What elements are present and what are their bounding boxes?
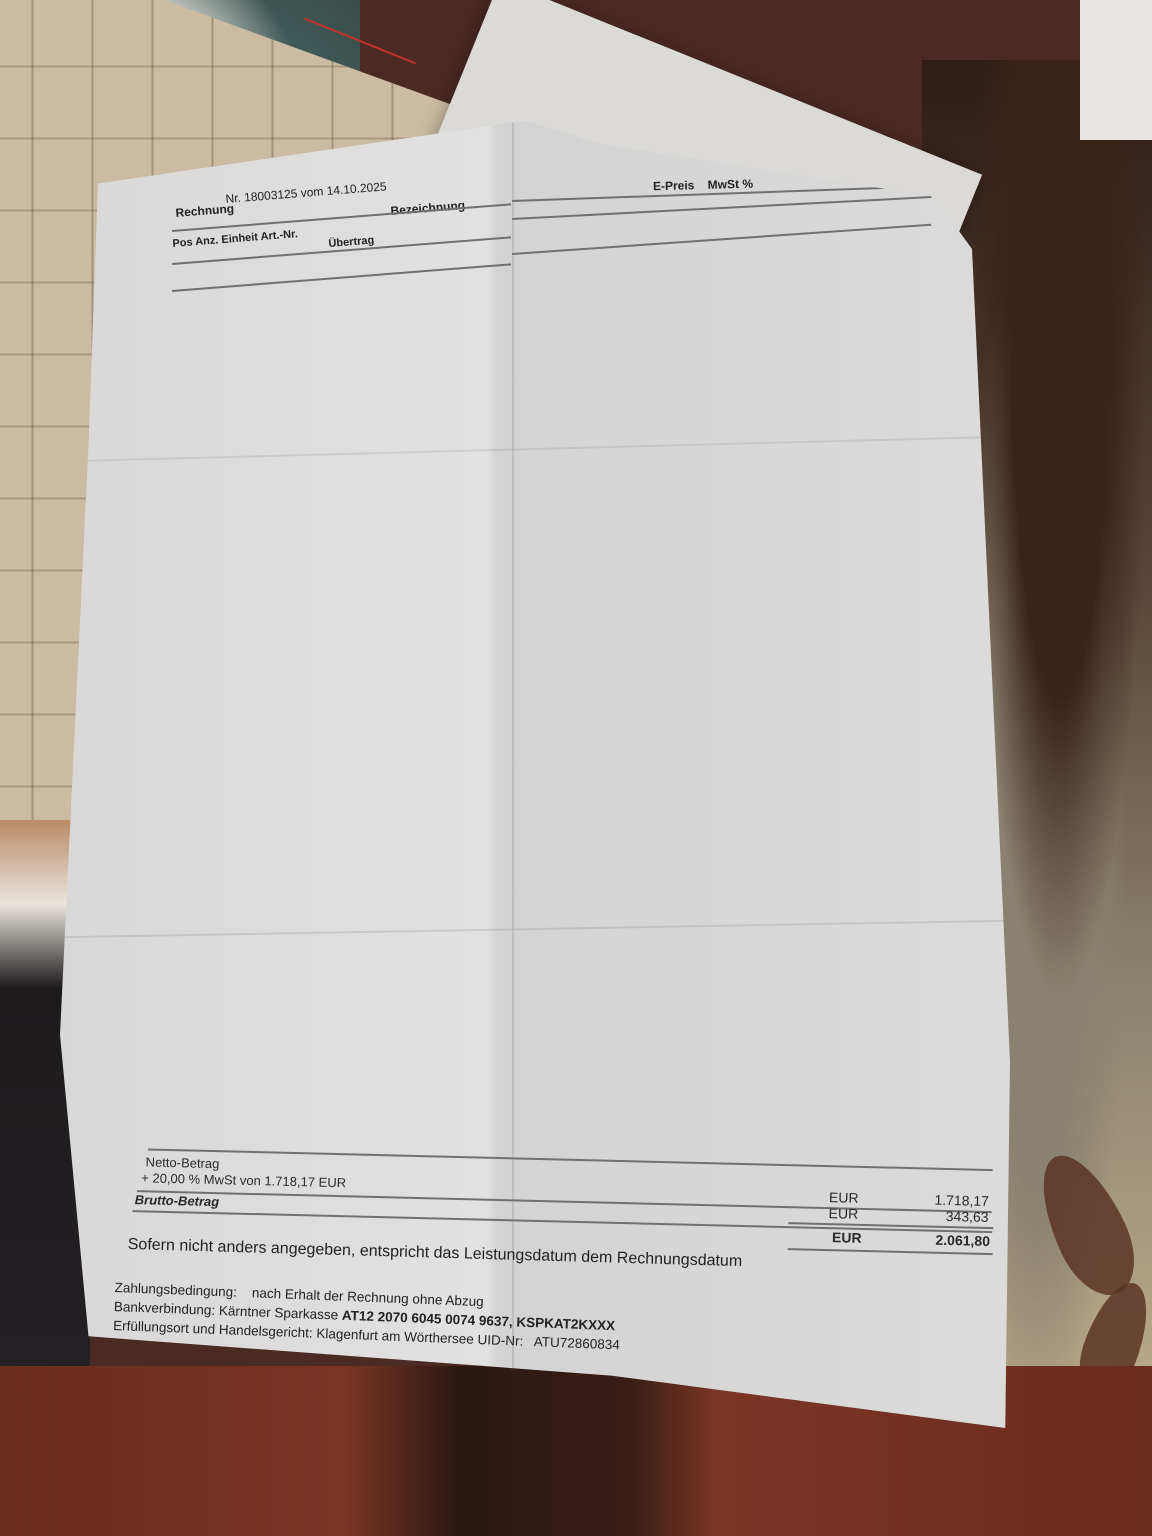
invoice-number-date: Nr. 18003125 vom 14.10.2025 [225, 179, 387, 206]
header-rule [512, 224, 931, 255]
column-header-mwst: MwSt % [708, 177, 754, 192]
totals-block: Netto-Betrag + 20,00 % MwSt von 1.718,17… [130, 1148, 1000, 1169]
mwst-value: 343,63 [946, 1208, 989, 1225]
totals-rule [788, 1248, 993, 1255]
totals-rule [137, 1190, 992, 1212]
netto-currency: EUR [829, 1189, 859, 1206]
fold-crease [60, 920, 1010, 939]
mwst-label: + 20,00 % MwSt von 1.718,17 EUR [141, 1170, 346, 1190]
netto-value: 1.718,17 [934, 1192, 989, 1209]
column-header-pos-anz-einheit-artnr: Pos Anz. Einheit Art.-Nr. [172, 228, 298, 250]
uid-number: ATU72860834 [534, 1334, 621, 1352]
header-rule [172, 263, 511, 291]
background-paper-sheet [1080, 0, 1152, 140]
column-header-epreis: E-Preis [653, 178, 695, 193]
mwst-currency: EUR [828, 1205, 858, 1222]
service-date-note: Sofern nicht anders angegeben, entsprich… [127, 1236, 742, 1271]
fold-crease [512, 118, 514, 1428]
brutto-currency: EUR [832, 1229, 862, 1246]
brutto-label: Brutto-Betrag [135, 1192, 220, 1209]
column-header-epreis-mwst: E-Preis MwSt % [653, 177, 753, 194]
invoice-sheet: Rechnung Nr. 18003125 vom 14.10.2025 Bez… [60, 118, 1010, 1428]
invoice-footer: Zahlungsbedingung: nach Erhalt der Rechn… [113, 1278, 622, 1354]
totals-rule [132, 1210, 992, 1233]
header-rule [512, 196, 932, 219]
netto-label: Netto-Betrag [145, 1154, 219, 1171]
brutto-value: 2.061,80 [935, 1232, 990, 1249]
totals-rule [148, 1148, 993, 1170]
fold-crease [60, 436, 1010, 463]
